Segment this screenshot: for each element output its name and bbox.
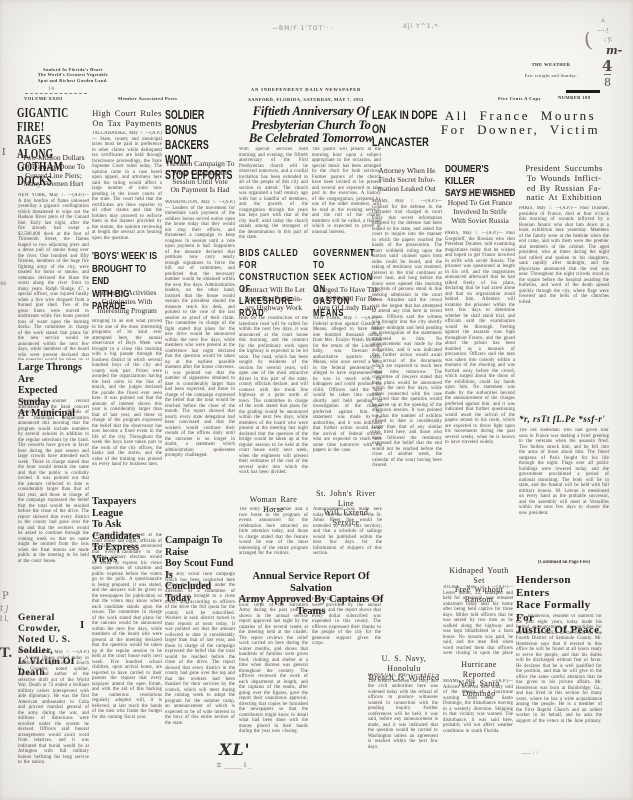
weather-label: THE WEATHER — [520, 62, 582, 67]
article-salvation-army-body-col2: Funds for carrying on the work were prov… — [312, 597, 381, 649]
article-leak-in-dope-body: MIAMI, May 7. —(A.P.)— Counsel for the d… — [372, 199, 442, 648]
member-label: Member Associated Press — [118, 96, 177, 101]
masthead-left-ear: Sanford In Florida's Heart The World's G… — [32, 67, 114, 83]
article-soldier-bonus-subhead: Threaten Campaign To Keep Congress In Se… — [165, 160, 235, 195]
article-woman-race-horse-body: The entry of a woman and a race horse in… — [239, 507, 308, 569]
pencil-margin-mark-t: T. — [0, 646, 13, 661]
article-lakeshore-bids-body: Bids for the construction of the lakesho… — [239, 316, 308, 492]
pencil-margin-mark-tj: t j — [0, 604, 8, 613]
pencil-mark-paren: ( — [582, 28, 594, 53]
article-church-anniversary-body-col2: The pastor will preach at the morning ho… — [312, 147, 381, 246]
article-navy-honolulu-body: HONOLULU, May 7. —(A.P.)— The breach bet… — [368, 673, 438, 794]
article-gigantic-fire-subhead: Two-Million Dollars Of Damage Done To Cu… — [18, 154, 89, 189]
handwritten-xl-mark: XL' — [219, 740, 251, 759]
faint-stamp: —BM/F 1'TOT'· · — [272, 25, 335, 32]
article-doumer-killer-garble-line: ©ut'y Q jp JIJ JIP y/ ^JI — [445, 188, 515, 196]
article-salvation-army-body-col1: Great strides in the work of the local c… — [239, 597, 308, 740]
newspaper-front-page: —BM/F 1'TOT'· · dji Y^1,* A ·····! : y. … — [0, 0, 633, 800]
article-boys-week-body: Bringing to an end what proved to be one… — [92, 319, 162, 494]
ink-blot-mark: I — [80, 619, 84, 631]
article-high-court-headline: High Court Rules On Tax Payments — [92, 109, 162, 128]
article-henderson-body: J. P. Henderson, resident of Sanford for… — [516, 614, 602, 764]
handwritten-underline-mark: ± _____ i _ — [216, 761, 252, 769]
pencil-mark-4: 4 — [602, 57, 612, 75]
pencil-mark-m: m- — [606, 44, 622, 57]
article-president-garbled-crosshead: *r, rsTt fL.Pe *ssf-r' — [519, 414, 615, 424]
article-large-throngs-body: Anticipating another record attendance a… — [18, 399, 89, 610]
pencil-mark-a: A — [601, 18, 605, 24]
faint-stamp-2: dji Y^1,* — [403, 23, 438, 30]
article-president-succumbs-body-2: The old statesman who had given four son… — [519, 428, 609, 556]
masthead-slogan: AN INDEPENDENT DAILY NEWSPAPER — [230, 87, 382, 92]
pencil-mark-8: 8 — [604, 74, 611, 89]
article-president-succumbs-body: PARIS, May 7. —(A.P.)— Paul Doumer, pres… — [519, 206, 609, 411]
article-lakeshore-bids-subhead: Contract Will Be Let Soon For Prelimin- … — [239, 286, 308, 312]
article-france-mourns-headline: All France Mourns For Downer, Victim — [424, 109, 617, 137]
ear-pencil-number: 14 — [48, 86, 54, 92]
article-doumer-killer-subhead: Hoped To Get France Involved In Strife W… — [445, 199, 515, 225]
pencil-margin-mark-ll: l l, — [0, 615, 9, 623]
volume-label: VOLUME XXIII — [24, 96, 63, 101]
article-high-court-body: TALLAHASSEE, May 7. —(A.P.)— State, coun… — [92, 131, 162, 248]
article-president-succumbs-headline: President Succumbs To Wounds Inflict- ed… — [519, 164, 609, 203]
issue-number: NUMBER 188 — [558, 95, 590, 100]
article-general-crowder-body: WASHINGTON, May 7. —(A.P.)— A long illne… — [18, 650, 89, 794]
article-soldier-bonus-body: WASHINGTON, May 7. —(A.P.)— Leaders of t… — [165, 200, 235, 531]
pencil-margin-mark-p: P — [2, 591, 9, 602]
pencil-mark-dots: ·····! — [597, 28, 609, 35]
article-church-anniversary-headline: Fiftieth Anniversary Of Presbyterian Chu… — [238, 105, 384, 146]
article-church-anniversary-body-col1: With special services both morning and e… — [239, 147, 308, 246]
pencil-margin-mark-46: 46 — [0, 281, 6, 287]
pencil-bottom-dashes: ―― ¹ ¹ — [521, 751, 538, 757]
weather-forecast: Fair tonight and Sunday. — [511, 73, 591, 78]
article-kidnaped-youth-body: JOLIET, May 7. —(A.P.)— Lester Miller, 2… — [443, 585, 513, 655]
ear-dashed-rule — [25, 93, 87, 94]
continued-on-page-five-note: (Continued on Page Five) — [519, 560, 609, 565]
pencil-margin-mark-i: I — [2, 148, 6, 158]
article-leak-in-dope-subhead: Attorney When He Finds Secret Infor- mat… — [372, 167, 442, 193]
article-doumer-killer-body: PARIS, May 7. —(A.P.)— Paul Gorguloff, t… — [445, 231, 515, 561]
price-label: Five Cents A Copy — [498, 96, 541, 101]
number-redaction-bar — [566, 90, 600, 93]
article-gigantic-fire-body: NEW YORK, May 7. —(A.P.)— A tiny bonfire… — [18, 193, 89, 360]
pencil-mark-colon: : y. — [604, 36, 612, 43]
article-boys-week-subhead: Series Of Activities Culminates With Int… — [92, 289, 162, 315]
masthead-dateline: SANFORD, FLORIDA, SATURDAY, MAY 7, 1932 — [228, 97, 384, 102]
article-taxpayers-league-body: After the meeting held at the court hous… — [92, 533, 162, 792]
article-hurricane-body: MIAMI, May 7. —(A.P.)— Advices received … — [443, 679, 513, 786]
